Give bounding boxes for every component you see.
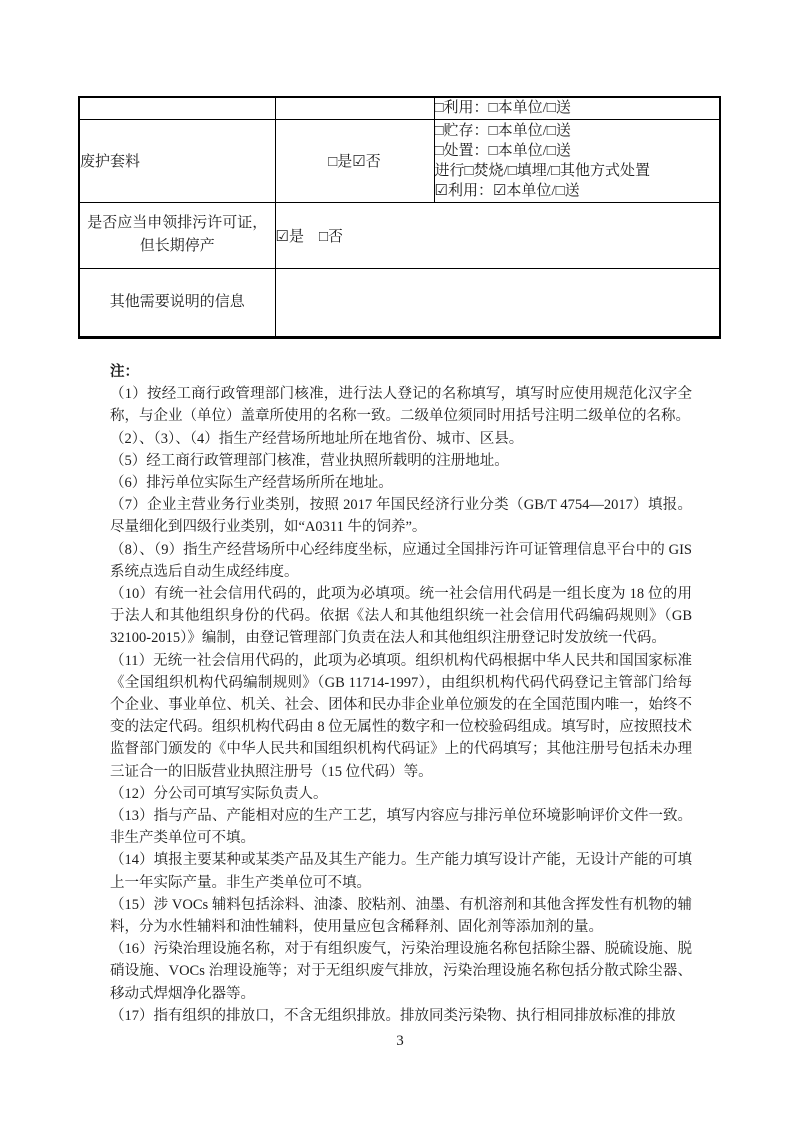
cell-empty-label: [79, 97, 275, 119]
cell-waste-sheath-disposal: □贮存：□本单位/□送 □处置：□本单位/□送 进行□焚烧/□填埋/□其他方式处…: [434, 119, 720, 202]
note-item-7: （7）企业主营业务行业类别，按照 2017 年国民经济行业分类（GB/T 475…: [110, 494, 692, 538]
checkbox-line-method: 进行□焚烧/□填埋/□其他方式处置: [435, 161, 720, 181]
note-item-10: （10）有统一社会信用代码的，此项为必填项。统一社会信用代码是一组长度为 18 …: [110, 583, 692, 650]
checkbox-line-dispose: □处置：□本单位/□送: [435, 141, 720, 161]
cell-carryover-disposal: □利用：□本单位/□送: [434, 97, 720, 119]
note-item-5: （5）经工商行政管理部门核准，营业执照所载明的注册地址。: [110, 450, 692, 472]
cell-permit-answer-checkboxes: ☑是 □否: [275, 202, 720, 268]
cell-permit-question-label: 是否应当申领排污许可证，但长期停产: [79, 202, 275, 268]
cell-waste-sheath-yesno-checkboxes: □是☑否: [275, 119, 434, 202]
note-item-12: （12）分公司可填写实际负责人。: [110, 783, 692, 805]
notes-heading: 注：: [110, 361, 692, 383]
table-row-permit-question: 是否应当申领排污许可证，但长期停产 ☑是 □否: [79, 202, 720, 268]
note-item-8-9: （8）、（9）指生产经营场所中心经纬度坐标，应通过全国排污许可证管理信息平台中的…: [110, 539, 692, 583]
checkbox-line-store: □贮存：□本单位/□送: [435, 121, 720, 141]
note-item-1: （1）按经工商行政管理部门核准，进行法人登记的名称填写，填写时应使用规范化汉字全…: [110, 383, 692, 427]
note-item-11: （11）无统一社会信用代码的，此项为必填项。组织机构代码根据中华人民共和国国家标…: [110, 650, 692, 783]
cell-other-info-value: [275, 268, 720, 337]
notes-section: 注： （1）按经工商行政管理部门核准，进行法人登记的名称填写，填写时应使用规范化…: [110, 361, 692, 1027]
table-row-waste-sheath: 废护套料 □是☑否 □贮存：□本单位/□送 □处置：□本单位/□送 进行□焚烧/…: [79, 119, 720, 202]
note-item-2-3-4: （2）、（3）、（4）指生产经营场所地址所在地省份、城市、区县。: [110, 428, 692, 450]
document-page: □利用：□本单位/□送 废护套料 □是☑否 □贮存：□本单位/□送 □处置：□本…: [0, 0, 800, 1131]
cell-empty-yesno: [275, 97, 434, 119]
cell-other-info-label: 其他需要说明的信息: [79, 268, 275, 337]
note-item-6: （6）排污单位实际生产经营场所所在地址。: [110, 472, 692, 494]
cell-waste-sheath-label: 废护套料: [79, 119, 275, 202]
note-item-15: （15）涉 VOCs 辅料包括涂料、油漆、胶粘剂、油墨、有机溶剂和其他含挥发性有…: [110, 894, 692, 938]
checkbox-line-use-checked: ☑利用：☑本单位/□送: [435, 181, 720, 201]
table-row-carryover: □利用：□本单位/□送: [79, 97, 720, 119]
table-row-other-info: 其他需要说明的信息: [79, 268, 720, 337]
checkbox-line-use: □利用：□本单位/□送: [435, 98, 720, 118]
page-number: 3: [0, 1033, 800, 1050]
note-item-17: （17）指有组织的排放口，不含无组织排放。排放同类污染物、执行相同排放标准的排放: [110, 1005, 692, 1027]
pollutant-info-form-table: □利用：□本单位/□送 废护套料 □是☑否 □贮存：□本单位/□送 □处置：□本…: [78, 96, 721, 339]
note-item-13: （13）指与产品、产能相对应的生产工艺，填写内容应与排污单位环境影响评价文件一致…: [110, 805, 692, 849]
note-item-14: （14）填报主要某种或某类产品及其生产能力。生产能力填写设计产能，无设计产能的可…: [110, 849, 692, 893]
note-item-16: （16）污染治理设施名称，对于有组织废气，污染治理设施名称包括除尘器、脱硫设施、…: [110, 938, 692, 1005]
